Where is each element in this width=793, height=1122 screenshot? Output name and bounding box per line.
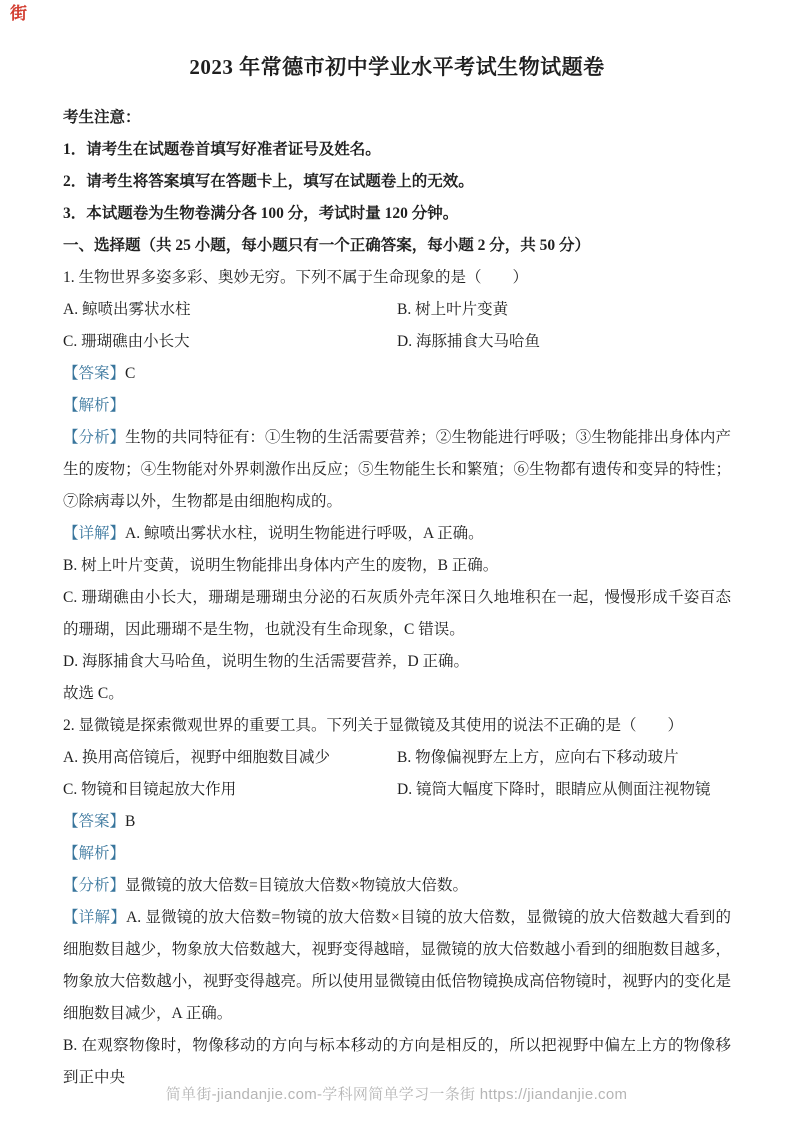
explain-label: 【解析】	[63, 397, 125, 414]
answer-label: 【答案】	[63, 813, 125, 830]
question-2-answer-line: 【答案】B	[63, 806, 731, 838]
document-page: 街 2023 年常德市初中学业水平考试生物试题卷 考生注意： 1．请考生在试题卷…	[0, 0, 793, 1122]
answer-label: 【答案】	[63, 365, 125, 382]
question-1-detail-a: 【详解】A. 鲸喷出雾状水柱，说明生物能进行呼吸，A 正确。	[63, 518, 731, 550]
question-2-detail-a: 【详解】A. 显微镜的放大倍数=物镜的放大倍数×目镜的放大倍数，显微镜的放大倍数…	[63, 902, 731, 1030]
question-1-options-row-1: A. 鲸喷出雾状水柱 B. 树上叶片变黄	[63, 294, 731, 326]
question-1-answer-line: 【答案】C	[63, 358, 731, 390]
detail-label: 【详解】	[63, 909, 126, 926]
section-heading: 一、选择题（共 25 小题，每小题只有一个正确答案，每小题 2 分，共 50 分…	[63, 230, 731, 262]
explain-label: 【解析】	[63, 845, 125, 862]
question-1-detail-b: B. 树上叶片变黄，说明生物能排出身体内产生的废物，B 正确。	[63, 550, 731, 582]
question-1-option-b: B. 树上叶片变黄	[397, 294, 731, 326]
question-2-option-a: A. 换用高倍镜后，视野中细胞数目减少	[63, 742, 397, 774]
question-1-options-row-2: C. 珊瑚礁由小长大 D. 海豚捕食大马哈鱼	[63, 326, 731, 358]
question-1-detail-d: D. 海豚捕食大马哈鱼，说明生物的生活需要营养，D 正确。	[63, 646, 731, 678]
question-2-options-row-1: A. 换用高倍镜后，视野中细胞数目减少 B. 物像偏视野左上方，应向右下移动玻片	[63, 742, 731, 774]
question-1-analysis: 【分析】生物的共同特征有：①生物的生活需要营养；②生物能进行呼吸；③生物能排出身…	[63, 422, 731, 518]
question-2-option-c: C. 物镜和目镜起放大作用	[63, 774, 397, 806]
question-2-answer-value: B	[125, 813, 135, 830]
notice-item-2: 2．请考生将答案填写在答题卡上，填写在试题卷上的无效。	[63, 166, 731, 198]
document-content: 2023 年常德市初中学业水平考试生物试题卷 考生注意： 1．请考生在试题卷首填…	[0, 0, 793, 1094]
notice-item-1: 1．请考生在试题卷首填写好准者证号及姓名。	[63, 134, 731, 166]
question-2-analysis: 【分析】显微镜的放大倍数=目镜放大倍数×物镜放大倍数。	[63, 870, 731, 902]
notice-item-3: 3．本试题卷为生物卷满分各 100 分，考试时量 120 分钟。	[63, 198, 731, 230]
question-1-conclusion: 故选 C。	[63, 678, 731, 710]
question-1-option-d: D. 海豚捕食大马哈鱼	[397, 326, 731, 358]
question-1-answer-value: C	[125, 365, 135, 382]
question-2-stem: 2. 显微镜是探索微观世界的重要工具。下列关于显微镜及其使用的说法不正确的是（ …	[63, 710, 731, 742]
analysis-label: 【分析】	[63, 429, 125, 446]
question-1-detail-a-text: A. 鲸喷出雾状水柱，说明生物能进行呼吸，A 正确。	[125, 525, 484, 542]
question-2-detail-a-text: A. 显微镜的放大倍数=物镜的放大倍数×目镜的放大倍数，显微镜的放大倍数越大看到…	[63, 909, 731, 1022]
question-1-explain-label: 【解析】	[63, 390, 731, 422]
analysis-label: 【分析】	[63, 877, 125, 894]
question-1-analysis-text: 生物的共同特征有：①生物的生活需要营养；②生物能进行呼吸；③生物能排出身体内产生…	[63, 429, 731, 510]
question-2-analysis-text: 显微镜的放大倍数=目镜放大倍数×物镜放大倍数。	[125, 877, 468, 894]
page-title: 2023 年常德市初中学业水平考试生物试题卷	[63, 52, 731, 82]
notice-header: 考生注意：	[63, 102, 731, 134]
question-1-option-a: A. 鲸喷出雾状水柱	[63, 294, 397, 326]
question-1-stem: 1. 生物世界多姿多彩、奥妙无穷。下列不属于生命现象的是（ ）	[63, 262, 731, 294]
question-2-option-d: D. 镜筒大幅度下降时，眼睛应从侧面注视物镜	[397, 774, 731, 806]
question-1-detail-c: C. 珊瑚礁由小长大，珊瑚是珊瑚虫分泌的石灰质外壳年深日久地堆积在一起，慢慢形成…	[63, 582, 731, 646]
question-1-option-c: C. 珊瑚礁由小长大	[63, 326, 397, 358]
watermark-footer: 简单街-jiandanjie.com-学科网简单学习一条街 https://ji…	[0, 1083, 793, 1104]
jiandanjie-logo-icon: 街	[10, 5, 27, 22]
question-2-explain-label: 【解析】	[63, 838, 731, 870]
question-2-option-b: B. 物像偏视野左上方，应向右下移动玻片	[397, 742, 731, 774]
question-2-options-row-2: C. 物镜和目镜起放大作用 D. 镜筒大幅度下降时，眼睛应从侧面注视物镜	[63, 774, 731, 806]
detail-label: 【详解】	[63, 525, 125, 542]
